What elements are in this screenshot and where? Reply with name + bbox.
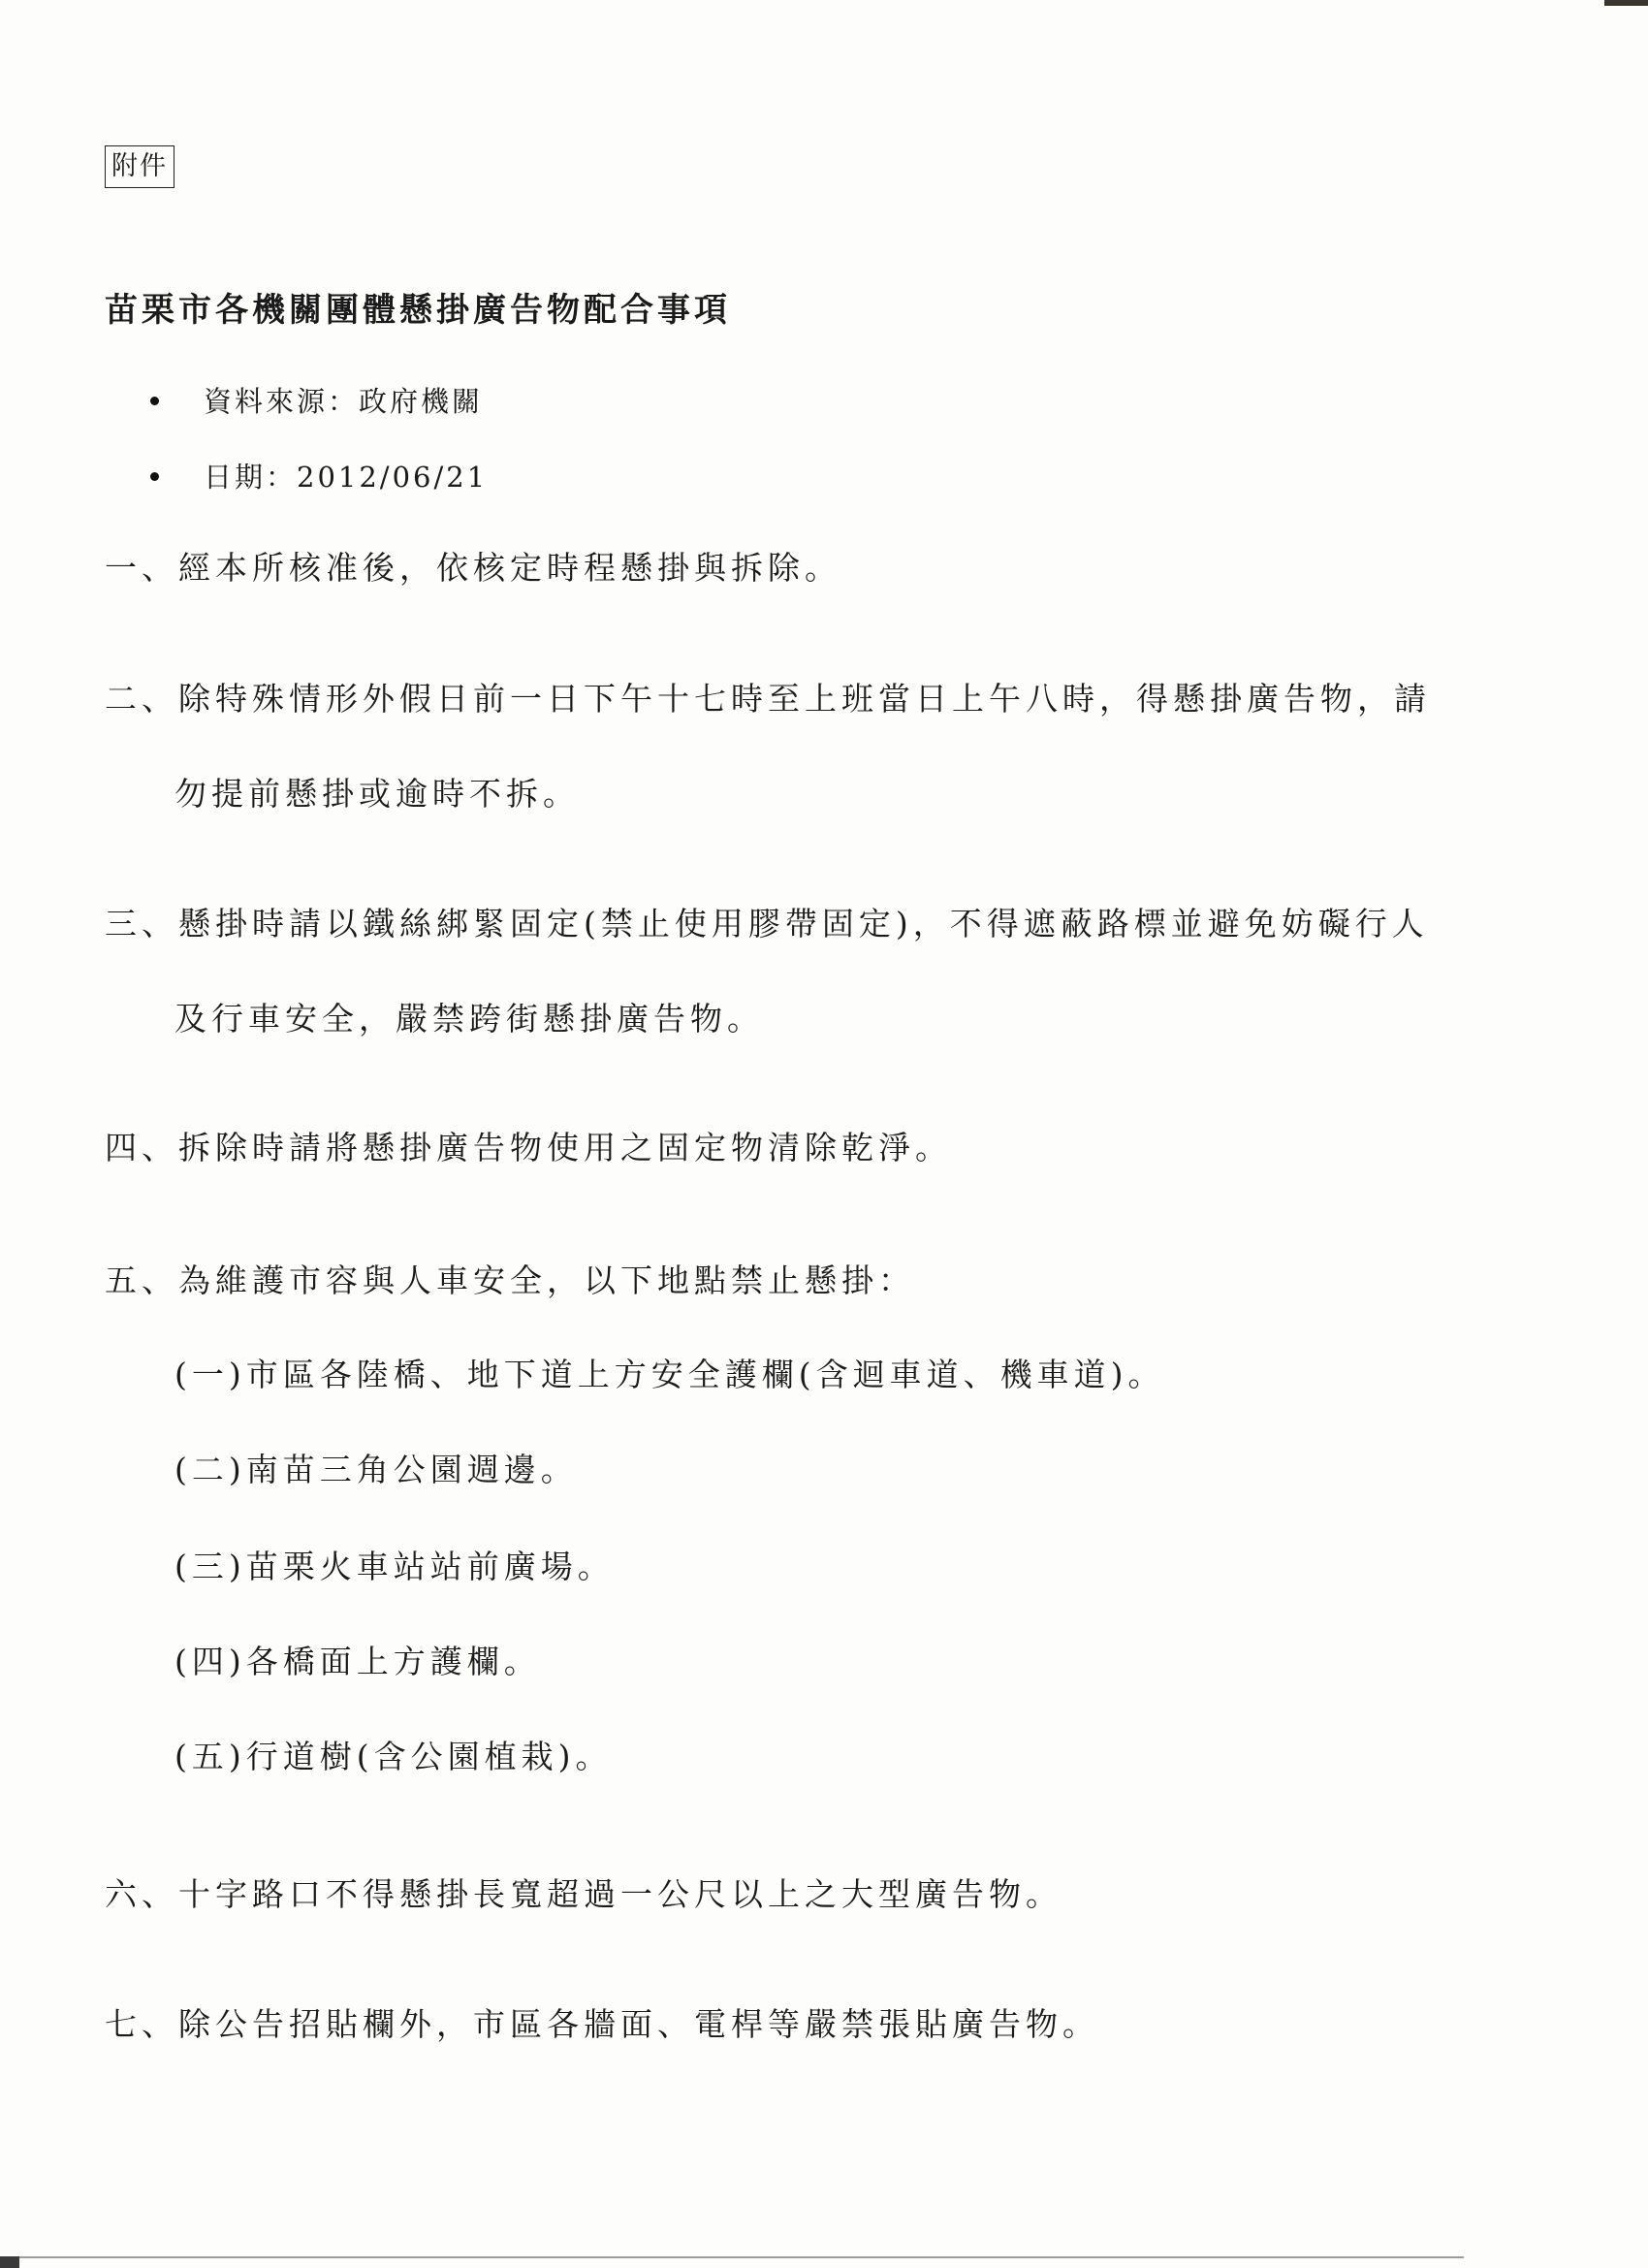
document-title: 苗栗市各機關團體懸掛廣告物配合事項 xyxy=(105,283,731,331)
attachment-label: 附件 xyxy=(105,145,174,188)
meta-source: 資料來源：政府機關 xyxy=(150,380,483,420)
item-5: 五、為維護市容與人車安全，以下地點禁止懸掛： xyxy=(105,1256,915,1301)
scan-edge-line xyxy=(19,2256,1464,2258)
item-2-continued: 勿提前懸掛或逾時不拆。 xyxy=(174,769,580,815)
scan-corner-artifact xyxy=(0,2256,19,2268)
item-5-sub-5: (五)行道樹(含公園植栽)。 xyxy=(174,1732,613,1777)
scan-edge-artifact xyxy=(1604,0,1648,6)
item-4: 四、拆除時請將懸掛廣告物使用之固定物清除乾淨。 xyxy=(105,1123,952,1168)
item-5-sub-1: (一)市區各陸橋、地下道上方安全護欄(含迴車道、機車道)。 xyxy=(174,1350,1165,1395)
item-2: 二、除特殊情形外假日前一日下午十七時至上班當日上午八時，得懸掛廣告物，請 xyxy=(105,674,1431,719)
item-5-sub-2: (二)南苗三角公園週邊。 xyxy=(174,1445,578,1490)
bullet-icon xyxy=(150,397,159,405)
item-7: 七、除公告招貼欄外，市區各牆面、電桿等嚴禁張貼廣告物。 xyxy=(105,1999,1099,2045)
meta-date-text: 日期：2012/06/21 xyxy=(204,461,488,494)
item-1: 一、經本所核准後，依核定時程懸掛與拆除。 xyxy=(105,543,841,589)
meta-date: 日期：2012/06/21 xyxy=(150,456,488,495)
bullet-icon xyxy=(150,472,159,481)
item-6: 六、十字路口不得懸掛長寬超過一公尺以上之大型廣告物。 xyxy=(105,1869,1062,1915)
item-5-sub-3: (三)苗栗火車站站前廣場。 xyxy=(174,1542,615,1587)
scan-bottom-edge xyxy=(0,2256,1648,2268)
item-5-sub-4: (四)各橋面上方護欄。 xyxy=(174,1637,541,1682)
item-3: 三、懸掛時請以鐵絲綁緊固定(禁止使用膠帶固定)，不得遮蔽路標並避免妨礙行人 xyxy=(105,899,1429,944)
meta-source-text: 資料來源：政府機關 xyxy=(204,385,483,418)
item-3-continued: 及行車安全，嚴禁跨街懸掛廣告物。 xyxy=(174,994,764,1039)
